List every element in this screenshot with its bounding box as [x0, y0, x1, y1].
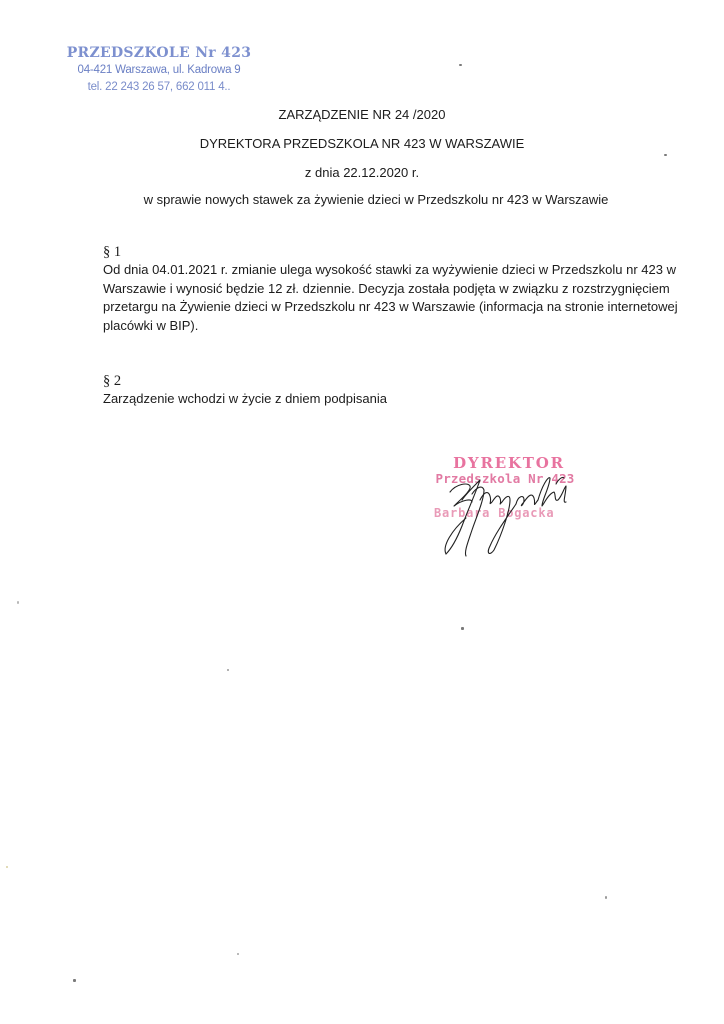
text-line: Warszawie i wynosić będzie 12 zł. dzienn…	[103, 280, 663, 299]
section-mark: § 2	[103, 373, 663, 390]
scan-speck	[459, 64, 462, 66]
section-1: § 1 Od dnia 04.01.2021 r. zmianie ulega …	[103, 244, 663, 335]
text-line: Zarządzenie wchodzi w życie z dniem podp…	[103, 390, 663, 409]
scan-speck	[6, 866, 8, 868]
order-date: z dnia 22.12.2020 r.	[0, 165, 724, 180]
text-line: placówki w BIP).	[103, 317, 663, 336]
order-issuer: DYREKTORA PRZEDSZKOLA NR 423 W WARSZAWIE	[0, 136, 724, 151]
scan-speck	[73, 979, 76, 982]
scan-speck	[461, 627, 464, 630]
director-title: DYREKTOR	[420, 455, 590, 471]
text-line: Od dnia 04.01.2021 r. zmianie ulega wyso…	[103, 261, 663, 280]
scan-speck	[227, 669, 229, 671]
section-mark: § 1	[103, 244, 663, 261]
order-number-title: ZARZĄDZENIE NR 24 /2020	[0, 107, 724, 122]
institution-name: PRZEDSZKOLE Nr 423	[64, 44, 254, 62]
text-line: przetargu na Żywienie dzieci w Przedszko…	[103, 298, 663, 317]
scan-speck	[605, 896, 607, 899]
scan-speck	[17, 601, 19, 604]
scan-speck	[237, 953, 239, 955]
institution-address: 04-421 Warszawa, ul. Kadrowa 9	[64, 62, 254, 79]
section-2: § 2 Zarządzenie wchodzi w życie z dniem …	[103, 373, 663, 409]
institution-stamp: PRZEDSZKOLE Nr 423 04-421 Warszawa, ul. …	[64, 44, 254, 96]
order-subject: w sprawie nowych stawek za żywienie dzie…	[14, 192, 724, 207]
section-1-text: Od dnia 04.01.2021 r. zmianie ulega wyso…	[103, 261, 663, 335]
handwritten-signature-icon	[432, 470, 582, 560]
document-page: PRZEDSZKOLE Nr 423 04-421 Warszawa, ul. …	[0, 0, 724, 1024]
section-2-text: Zarządzenie wchodzi w życie z dniem podp…	[103, 390, 663, 409]
institution-phone: tel. 22 243 26 57, 662 011 4..	[64, 79, 254, 96]
scan-speck	[664, 154, 667, 156]
